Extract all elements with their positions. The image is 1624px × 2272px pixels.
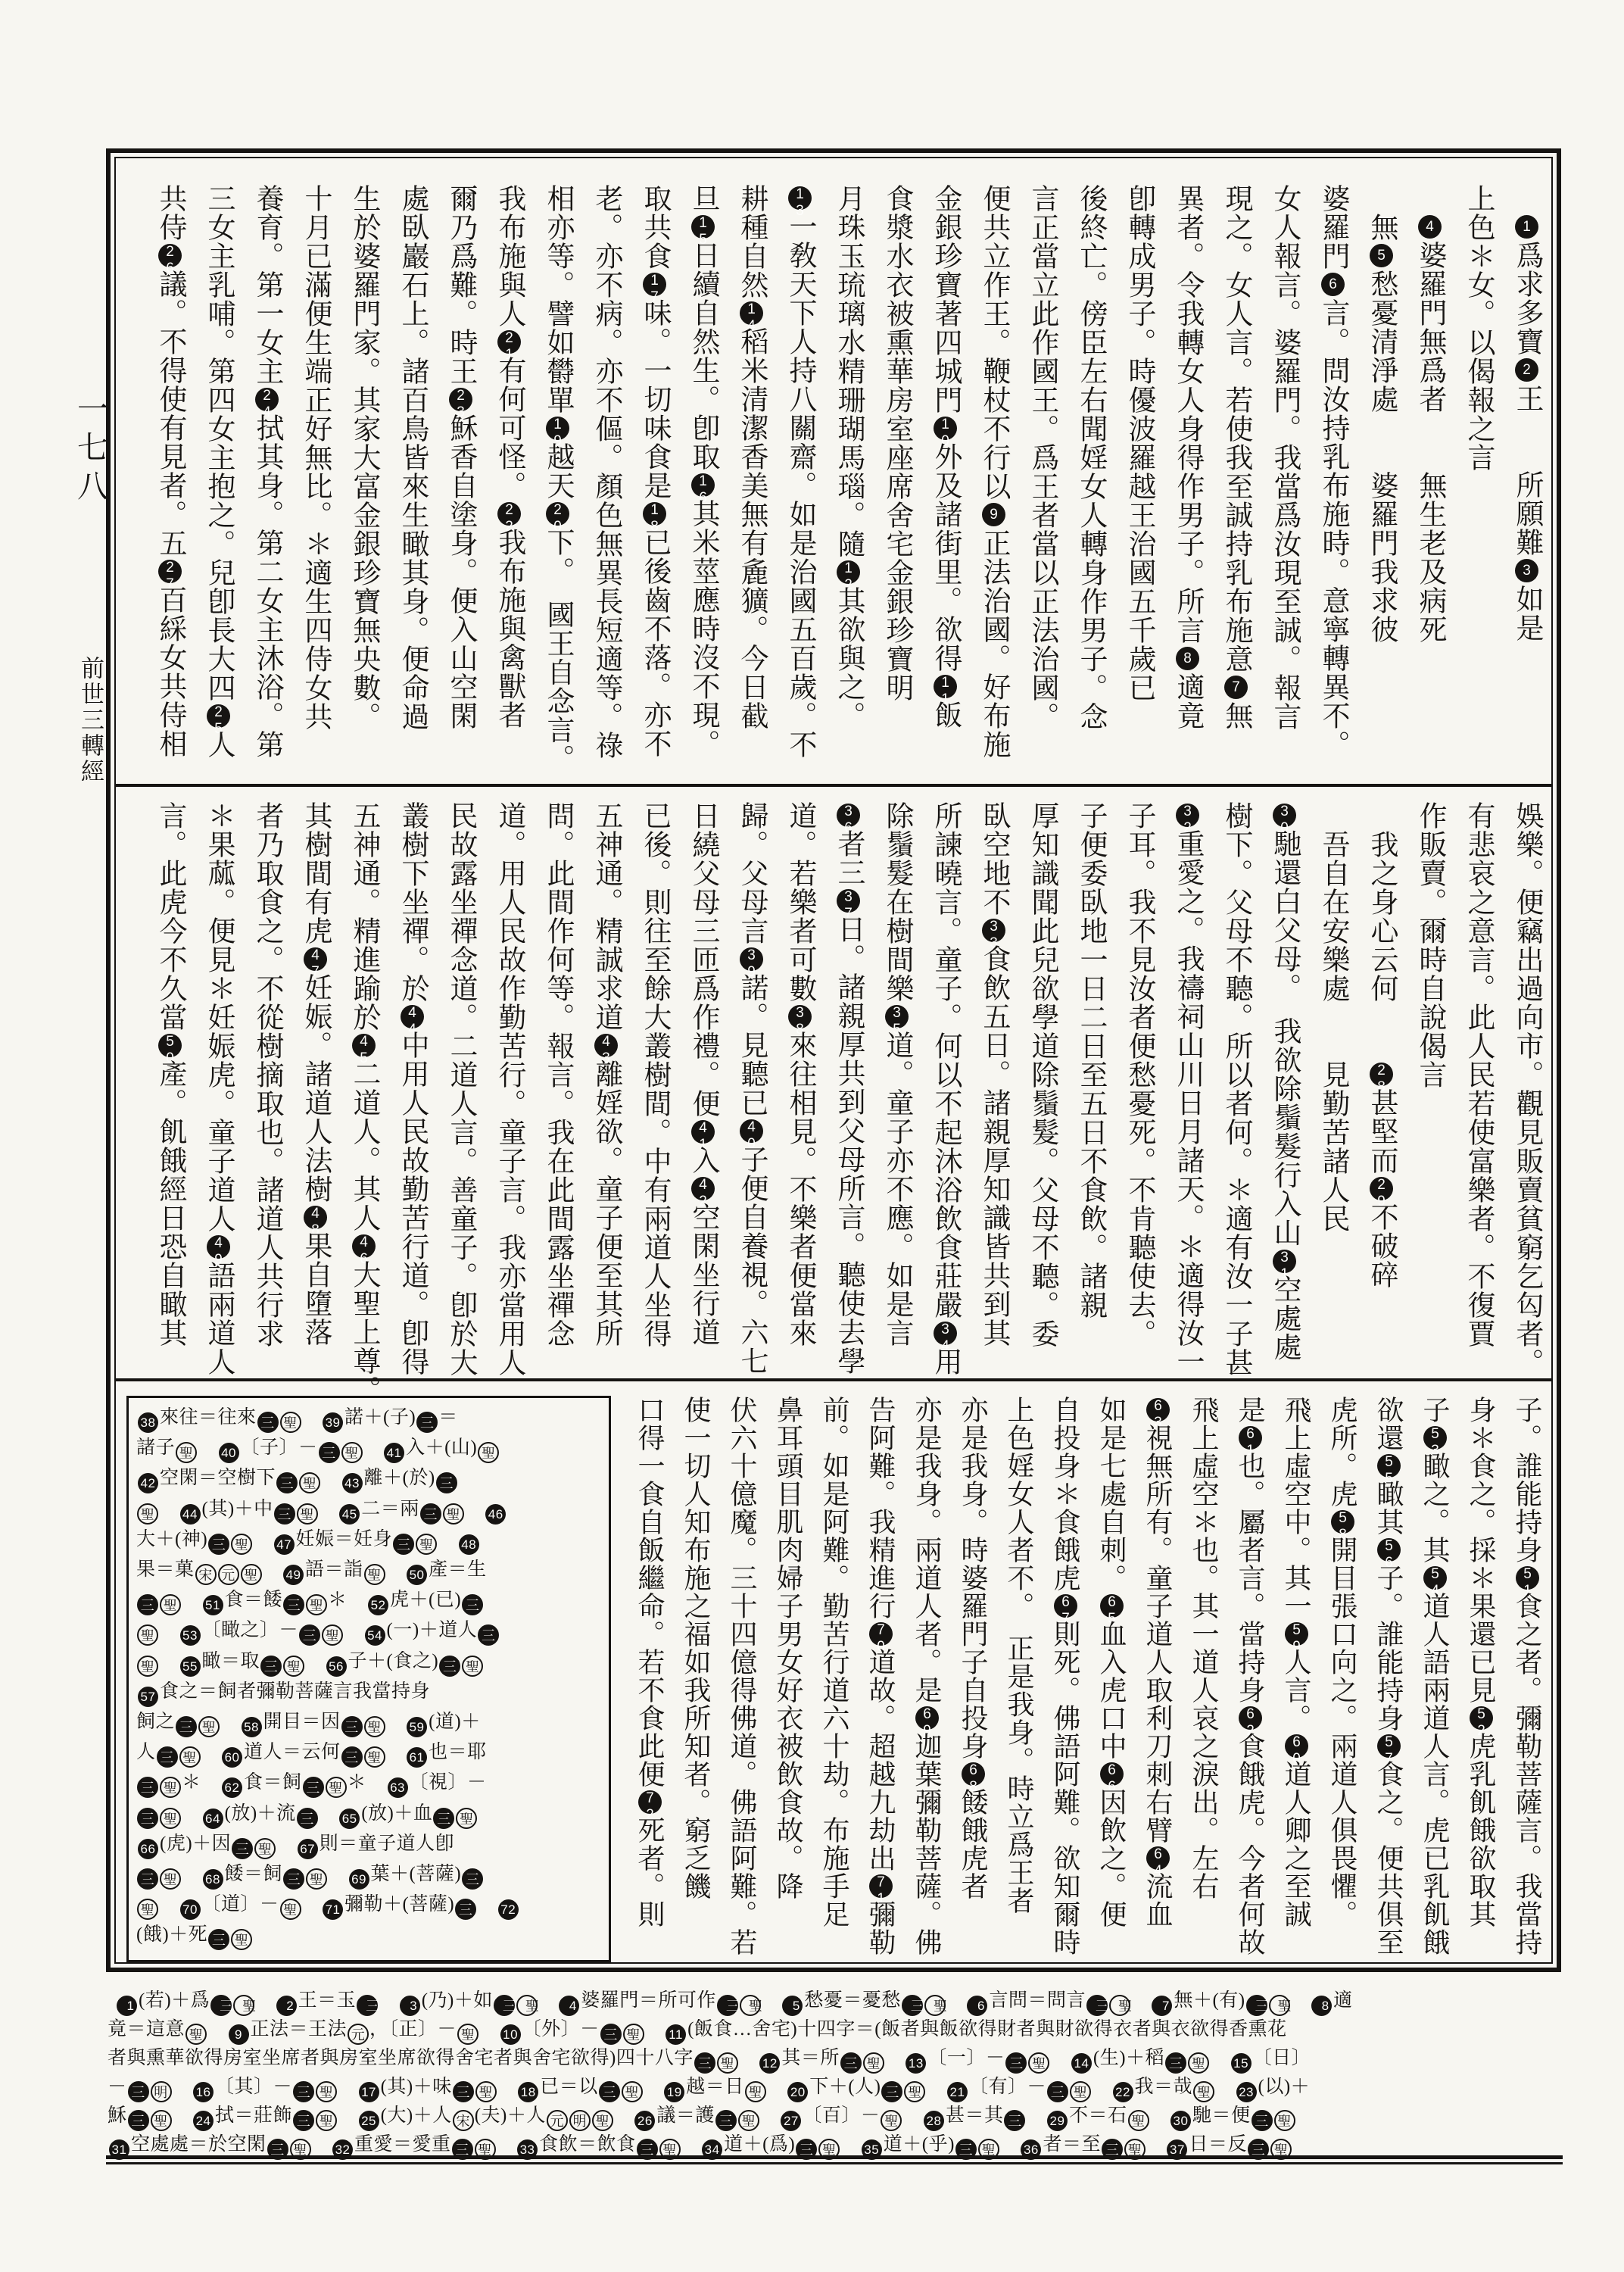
note-marker: 57 <box>1377 1734 1401 1758</box>
text-column: 者乃取食之。不從樹摘取也。諸道人共行求 <box>232 801 281 1374</box>
text-column: 言。此虎今不久當50產。飢餓經日恐自瞰其 <box>136 801 184 1374</box>
note-marker: 1 <box>117 1996 137 2016</box>
edition-mark: 三 <box>157 1746 178 1768</box>
note-marker: 58 <box>242 1717 262 1737</box>
text-column: 飛上虛空＊也。其一道人哀之淚出。左右 <box>1171 1396 1217 1962</box>
edition-mark: 聖 <box>1269 1995 1290 2016</box>
collation-note-line: 人三聖 60道人＝云何三聖 61也＝耶 <box>136 1737 601 1768</box>
edition-mark: 三 <box>283 1594 304 1615</box>
note-marker: 5 <box>782 1996 803 2016</box>
note-marker: 57 <box>138 1687 158 1707</box>
text-column: 食漿水衣被熏華房室座席舍宅金銀珍寶明 <box>862 184 911 784</box>
note-marker: 30 <box>1170 2111 1191 2131</box>
edition-mark: 聖 <box>280 1899 301 1920</box>
register-2-columns: 娛樂。便竊出過向市。觀見販賣貧窮乞匃者。有悲哀之意言。此人民若使富樂者。不復賈作… <box>126 801 1541 1374</box>
edition-mark: 聖 <box>592 2110 613 2131</box>
text-column: 口得一食自飯繼命。若不食此便72死者。則 <box>617 1396 663 1962</box>
note-marker: 42 <box>691 1177 715 1200</box>
edition-mark: 三 <box>319 1442 340 1463</box>
note-marker: 30 <box>1273 804 1296 827</box>
edition-mark: 宋 <box>195 1564 217 1585</box>
note-marker: 41 <box>384 1443 404 1463</box>
collation-note-line: 聖 53〔瞰之〕－三聖 54(一)＋道人三 <box>136 1615 601 1646</box>
note-marker: 62 <box>222 1777 242 1798</box>
note-marker: 19 <box>546 417 569 440</box>
note-marker: 38 <box>138 1412 158 1433</box>
note-marker: 45 <box>352 1034 376 1057</box>
text-column: 虎所。虎58開目張口向之。兩道人俱畏懼。 <box>1310 1396 1356 1962</box>
text-column: 後終亡。傍臣左右聞婬女人轉身作男子。念 <box>1056 184 1105 784</box>
text-column: 其樹間有虎47妊娠。諸道人法樹48果自墮落 <box>281 801 329 1374</box>
text-column: 我布施與人21有何可怪。22我布施與禽獸者 <box>475 184 523 784</box>
text-column: 樹下。父母不聽。所以者何。＊適有汝一子甚 <box>1202 801 1250 1374</box>
text-column: 五神通。精進踰於45二道人。其人46大聖上尊。 <box>329 801 378 1374</box>
footer-apparatus-line: 者與熏華欲得房室坐席者與房室坐席欲得舍宅者與舍宅欲得)四十八字三聖 12其＝所三… <box>108 2045 1563 2074</box>
note-marker: 7 <box>1224 676 1248 699</box>
edition-mark: 聖 <box>364 1716 385 1737</box>
edition-mark: 三 <box>433 1808 454 1829</box>
text-column: 30馳還白父母。 我欲除鬚髮行入山31空處處 <box>1250 801 1298 1374</box>
edition-mark: 聖 <box>176 1442 197 1463</box>
edition-mark: 三 <box>293 2081 314 2102</box>
note-marker: 25 <box>359 2111 379 2131</box>
note-marker: 72 <box>498 1899 519 1920</box>
edition-mark: 宋 <box>453 2110 474 2131</box>
collation-note-line: 38來往＝往來三聖 39諾＋(子)三＝ <box>136 1403 601 1433</box>
collation-note-line: 聖 55瞰＝取三聖 56子＋(食之)三聖 <box>136 1646 601 1677</box>
note-marker: 10 <box>500 2024 521 2045</box>
text-column: 婆羅門6言。問汝持乳布施時。意寧轉異不。 <box>1298 184 1347 784</box>
edition-mark: 聖 <box>233 1995 254 2016</box>
page-frame: 1爲求多寶2王 所願難3如是上色＊女。以偈報之言 4婆羅門無爲者 無生老及病死 … <box>106 148 1561 1972</box>
edition-mark: 聖 <box>456 1808 477 1829</box>
edition-mark: 三 <box>232 1838 253 1859</box>
edition-mark: 聖 <box>160 1777 181 1798</box>
note-marker: 10 <box>934 417 957 440</box>
note-marker: 16 <box>193 2082 214 2102</box>
text-column: 身＊食之。採＊果還已見52虎乳飢餓欲取其 <box>1448 1396 1495 1962</box>
note-marker: 9 <box>982 503 1005 526</box>
text-column: 如是七處自刺。65血入虎口中66因飲之。便 <box>1079 1396 1125 1962</box>
note-marker: 32 <box>1176 804 1199 827</box>
text-column: 耕種自然14稻米清潔香美無有麁獷。今日截 <box>717 184 765 784</box>
edition-mark: 聖 <box>283 1656 304 1677</box>
edition-mark: 聖 <box>623 2024 644 2045</box>
note-marker: 42 <box>138 1473 158 1493</box>
note-marker: 38 <box>788 1005 812 1028</box>
edition-mark: 三 <box>1005 2052 1027 2074</box>
note-marker: 1 <box>1515 215 1538 239</box>
edition-mark: 明 <box>151 2081 172 2102</box>
note-marker: 21 <box>947 2082 968 2102</box>
text-column: 我之身心云何 28甚堅而29不破碎 <box>1347 801 1395 1374</box>
edition-mark: 聖 <box>316 2110 337 2131</box>
note-marker: 17 <box>643 273 666 296</box>
note-marker: 39 <box>740 947 763 971</box>
edition-mark: 聖 <box>740 1995 761 2016</box>
text-column: 是61也。屬者言。當持身62食餓虎。今者何故 <box>1217 1396 1264 1962</box>
note-marker: 2 <box>276 1996 297 2016</box>
edition-mark: 三 <box>436 1472 457 1493</box>
text-column: 子53瞰之。其54道人語兩道人言。虎已乳飢餓 <box>1402 1396 1448 1962</box>
edition-mark: 三 <box>453 2081 474 2102</box>
edition-mark: 三 <box>128 2081 149 2102</box>
edition-mark: 三 <box>357 1995 378 2016</box>
text-column: 吾自在安樂處 見勤苦諸人民 <box>1298 801 1347 1374</box>
text-column: 亦是我身。兩道人者。是69迦葉彌勒菩薩。佛 <box>894 1396 940 1962</box>
footer-apparatus-line: 穌三聖 24拭＝莊飾三聖 25(大)＋人宋(夫)＋人元明聖 26議＝護三聖 27… <box>108 2102 1563 2131</box>
text-column: 前。如是阿難。勤苦行道六十劫。布施手足 <box>802 1396 848 1962</box>
edition-mark: 三 <box>341 1746 363 1768</box>
note-marker: 58 <box>1331 1510 1354 1534</box>
edition-mark: 三 <box>416 1412 438 1433</box>
collation-note-line: 果＝菓宋元聖 49語＝詣聖 50產＝生 <box>136 1555 601 1585</box>
note-marker: 53 <box>180 1625 201 1646</box>
text-column: 鼻耳頭目肌肉婦子男女好衣被飲食故。降 <box>756 1396 802 1962</box>
note-marker: 46 <box>485 1504 506 1525</box>
note-marker: 13 <box>788 186 812 210</box>
text-column: 欲還55瞰其56子。誰能持身57食之。便共俱至 <box>1356 1396 1402 1962</box>
note-marker: 63 <box>1146 1398 1170 1422</box>
edition-mark: 聖 <box>326 1777 347 1798</box>
note-marker: 63 <box>388 1777 408 1798</box>
text-column: 老。亦不病。亦不傴。顏色無異長短適等。祿 <box>572 184 620 784</box>
edition-mark: 三 <box>599 2081 620 2102</box>
note-marker: 66 <box>1100 1762 1124 1786</box>
note-marker: 69 <box>349 1869 369 1890</box>
edition-mark: 三 <box>420 1503 441 1525</box>
note-marker: 64 <box>1146 1846 1170 1870</box>
text-column: 女人報言。婆羅門。我當爲汝現至誠。報言 <box>1250 184 1298 784</box>
text-column: 63視無所有。童子道人取利刀刺右臂64流血 <box>1125 1396 1171 1962</box>
edition-mark: 明 <box>569 2110 591 2131</box>
collation-note-line: 三聖 68餧＝飼三聖 69葉＋(菩薩)三 <box>136 1859 601 1890</box>
text-column: 伏六十億魔。三十四億得佛道。佛語阿難。若 <box>709 1396 756 1962</box>
edition-mark: 三 <box>297 1808 318 1829</box>
note-marker: 12 <box>759 2053 780 2074</box>
text-column: 32重愛之。我禱祠山川日月諸天。＊適得汝一 <box>1153 801 1202 1374</box>
text-column: 言正當立此作國王。爲王者當以正法治國。 <box>1008 184 1056 784</box>
note-marker: 31 <box>1273 1250 1296 1273</box>
note-marker: 66 <box>138 1839 158 1859</box>
note-marker: 18 <box>518 2082 538 2102</box>
text-column: 使一切人知布施之福如我所知者。窮乏饑 <box>663 1396 709 1962</box>
text-column: 子便委臥地一日二日至五日不食飲。諸親 <box>1056 801 1105 1374</box>
note-marker: 54 <box>1423 1566 1447 1590</box>
note-marker: 21 <box>497 330 521 354</box>
note-marker: 23 <box>1236 2082 1257 2102</box>
note-marker: 3 <box>400 1996 420 2016</box>
edition-mark: 聖 <box>881 2110 902 2131</box>
edition-mark: 元 <box>547 2110 568 2131</box>
edition-mark: 聖 <box>231 1929 252 1950</box>
footer-apparatus-line: －三明 16〔其〕－三聖 17(其)＋味三聖 18已＝以三聖 19越＝日聖 20… <box>108 2074 1563 2102</box>
note-marker: 65 <box>1100 1594 1124 1618</box>
collation-note-line: 聖 44(其)＋中三聖 45二＝兩三聖 46 <box>136 1494 601 1525</box>
text-column: 1爲求多寶2王 所願難3如是 <box>1492 184 1541 784</box>
note-marker: 69 <box>915 1706 939 1730</box>
note-marker: 22 <box>497 502 521 526</box>
edition-mark: 聖 <box>738 2110 759 2131</box>
edition-mark: 聖 <box>462 1656 483 1677</box>
note-marker: 44 <box>180 1504 201 1525</box>
collation-note-line: 大＋(神)三聖 47妊娠＝妊身三聖 48 <box>136 1525 601 1555</box>
text-column: 子。誰能持身51食之者。彌勒菩薩言。我當持 <box>1495 1396 1541 1962</box>
note-marker: 17 <box>359 2082 379 2102</box>
text-column: 共侍26議。不得使有見者。五27百綵女共侍相 <box>136 184 184 784</box>
collation-note-line: 66(虎)＋因三聖 67則＝童子道人卽 <box>136 1829 601 1859</box>
edition-mark: 三 <box>176 1716 197 1737</box>
note-marker: 43 <box>342 1473 363 1493</box>
note-marker: 20 <box>787 2082 808 2102</box>
note-marker: 49 <box>283 1565 304 1585</box>
edition-mark: 三 <box>341 1716 363 1737</box>
text-column: 4婆羅門無爲者 無生老及病死 <box>1395 184 1444 784</box>
edition-mark: 聖 <box>179 1746 201 1768</box>
edition-mark: 聖 <box>478 1442 499 1463</box>
note-marker: 60 <box>1285 1734 1308 1758</box>
edition-mark: 聖 <box>1188 2052 1209 2074</box>
note-marker: 16 <box>691 473 715 497</box>
collation-note-line: (餓)＋死三聖 <box>136 1920 601 1950</box>
text-column: 養育。第一女主24拭其身。第二女主沐浴。第 <box>232 184 281 784</box>
note-marker: 40 <box>219 1443 239 1463</box>
edition-mark: 三 <box>137 1594 158 1615</box>
register-1-columns: 1爲求多寶2王 所願難3如是上色＊女。以偈報之言 4婆羅門無爲者 無生老及病死 … <box>126 184 1541 784</box>
text-column: 叢樹下坐禪。於44中用人民故勤苦行道。卽得 <box>378 801 426 1374</box>
note-marker: 20 <box>546 502 569 526</box>
edition-mark: 三 <box>715 2110 737 2131</box>
note-marker: 28 <box>1370 1063 1393 1086</box>
edition-mark: 三 <box>1165 2052 1186 2074</box>
note-marker: 47 <box>274 1534 295 1555</box>
edition-mark: 三 <box>260 1656 282 1677</box>
edition-mark: 元 <box>348 2024 369 2045</box>
note-marker: 60 <box>222 1747 242 1768</box>
text-column: 娛樂。便竊出過向市。觀見販賣貧窮乞匃者。 <box>1492 801 1541 1374</box>
note-marker: 19 <box>664 2082 684 2102</box>
text-column: 生於婆羅門家。其家大富金銀珍寶無央數。 <box>329 184 378 784</box>
edition-mark: 三 <box>128 2110 149 2131</box>
register-1: 1爲求多寶2王 所願難3如是上色＊女。以偈報之言 4婆羅門無爲者 無生老及病死 … <box>126 184 1541 784</box>
note-marker: 59 <box>407 1717 427 1737</box>
edition-mark: 聖 <box>185 2024 207 2045</box>
note-marker: 55 <box>1377 1454 1401 1478</box>
edition-mark: 聖 <box>306 1594 327 1615</box>
note-marker: 34 <box>934 1322 957 1345</box>
edition-mark: 三 <box>299 1624 320 1646</box>
note-marker: 27 <box>158 560 182 583</box>
text-column: 道。若樂者可數38來往相見。不樂者便當來 <box>765 801 814 1374</box>
register-divider-1 <box>116 784 1551 787</box>
note-marker: 6 <box>1321 273 1345 296</box>
text-column: 亦是我身。時婆羅門子自投身68餧餓虎者 <box>940 1396 987 1962</box>
note-marker: 52 <box>368 1595 388 1615</box>
note-marker: 12 <box>837 560 860 584</box>
edition-mark: 三 <box>1246 1995 1267 2016</box>
edition-mark: 三 <box>1086 1995 1108 2016</box>
edition-mark: 聖 <box>1070 2081 1091 2102</box>
note-marker: 33 <box>982 919 1005 942</box>
edition-mark: 聖 <box>306 1868 327 1890</box>
edition-mark: 三 <box>717 1995 738 2016</box>
edition-mark: 三 <box>439 1656 460 1677</box>
edition-mark: 三 <box>137 1868 158 1890</box>
edition-mark: 三 <box>208 1534 229 1555</box>
edition-mark: 聖 <box>241 1564 262 1585</box>
note-marker: 70 <box>180 1899 201 1920</box>
edition-mark: 三 <box>283 1868 304 1890</box>
text-column: 五神通。精誠求道43離婬欲。童子便至其所 <box>572 801 620 1374</box>
edition-mark: 聖 <box>1028 2052 1049 2074</box>
text-column: 除鬚髮在樹間樂35道。童子亦不應。如是言 <box>862 801 911 1374</box>
edition-mark: 聖 <box>1274 2110 1295 2131</box>
edition-mark: 聖 <box>745 2081 766 2102</box>
note-marker: 8 <box>1311 1996 1332 2016</box>
note-marker: 4 <box>1418 215 1442 239</box>
text-column: 便共立作王。鞭杖不行以9正法治國。好布施 <box>959 184 1008 784</box>
note-marker: 13 <box>906 2053 926 2074</box>
note-marker: 52 <box>1470 1706 1493 1730</box>
edition-mark: 三 <box>276 1472 298 1493</box>
edition-mark: 聖 <box>1128 2110 1149 2131</box>
page-frame-inner: 1爲求多寶2王 所願難3如是上色＊女。以偈報之言 4婆羅門無爲者 無生老及病死 … <box>114 157 1553 1964</box>
text-column: 自投身＊食餓虎67則死。佛語阿難。欲知爾時 <box>1033 1396 1079 1962</box>
edition-mark: 三 <box>455 1899 476 1920</box>
edition-mark: 聖 <box>254 1838 276 1859</box>
text-column: 作販賣。爾時自說偈言 <box>1395 801 1444 1374</box>
collation-note-box: 38來往＝往來三聖 39諾＋(子)三＝諸子聖 40〔子〕－三聖 41入＋(山)聖… <box>126 1396 611 1962</box>
edition-mark: 三 <box>208 1929 229 1950</box>
note-marker: 5 <box>1370 244 1393 267</box>
edition-mark: 聖 <box>443 1503 464 1525</box>
edition-mark: 聖 <box>160 1868 181 1890</box>
edition-mark: 三 <box>840 2052 862 2074</box>
text-column: 已後。則往至餘大叢樹間。中有兩道人坐得 <box>620 801 669 1374</box>
text-column: 道。用人民故作勤苦行。童子言。我亦當用人 <box>475 801 523 1374</box>
edition-mark: 三 <box>303 1777 324 1798</box>
note-marker: 43 <box>594 1034 618 1057</box>
note-marker: 3 <box>1515 559 1538 582</box>
note-marker: 70 <box>869 1622 893 1646</box>
note-marker: 11 <box>665 2024 686 2045</box>
note-marker: 67 <box>298 1839 318 1859</box>
text-column: 旦15日續自然生。卽取16其米莖應時沒不現。 <box>669 184 717 784</box>
collation-note-line: 飼之三聖 58開目＝因三聖 59(道)＋ <box>136 1707 601 1737</box>
edition-mark: 三 <box>393 1534 414 1555</box>
bottom-double-rule <box>106 2155 1563 2164</box>
note-marker: 49 <box>207 1235 230 1259</box>
text-column: 問。此間作何等。報言。我在此間露坐禪念 <box>523 801 572 1374</box>
note-marker: 25 <box>207 704 230 728</box>
text-column: 告阿難。我精進行70道故。超越九劫出71彌勒 <box>848 1396 894 1962</box>
note-marker: 24 <box>193 2111 214 2131</box>
edition-mark: 聖 <box>341 1442 363 1463</box>
note-marker: 41 <box>691 1120 715 1144</box>
note-marker: 27 <box>781 2111 801 2131</box>
collation-note-line: 三聖 51食＝餧三聖＊ 52虎＋(已)三 <box>136 1585 601 1615</box>
register-2: 娛樂。便竊出過向市。觀見販賣貧窮乞匃者。有悲哀之意言。此人民若使富樂者。不復賈作… <box>126 801 1541 1374</box>
text-column: 13一敎天下人持八關齋。如是治國五百歲。不 <box>765 184 814 784</box>
text-column: 取共食17味。一切味食是18已後齒不落。亦不 <box>620 184 669 784</box>
collation-note-line: 57食之＝飼者彌勒菩薩言我當持身 <box>136 1677 601 1707</box>
note-marker: 15 <box>691 215 715 239</box>
edition-mark: 聖 <box>364 1746 385 1768</box>
collation-note-line: 聖 70〔道〕－聖 71彌勒＋(菩薩)三 72 <box>136 1890 601 1920</box>
note-marker: 65 <box>339 1809 360 1829</box>
footer-apparatus-line: 竟＝這意聖 9正法＝王法元，〔正〕－聖 10〔外〕－三聖 11(飯食…舍宅)十四… <box>108 2016 1563 2045</box>
note-marker: 23 <box>449 388 472 411</box>
text-column: 36者三37日。諸親厚共到父母所言。聽使去學 <box>814 801 862 1374</box>
note-marker: 18 <box>643 502 666 526</box>
footer-apparatus: 1(若)＋爲三聖 2王＝玉三 3(乃)＋如三聖 4婆羅門＝所可作三聖 5愁憂＝憂… <box>108 1987 1563 2160</box>
text-column: 歸。父母言39諾。見聽已40子便自養視。六七 <box>717 801 765 1374</box>
edition-mark: 聖 <box>457 2024 478 2045</box>
text-column: 相亦等。譬如欎單19越天20下。 國王自念言。 <box>523 184 572 784</box>
note-marker: 45 <box>339 1504 360 1525</box>
edition-mark: 聖 <box>299 1472 320 1493</box>
note-marker: 40 <box>740 1119 763 1143</box>
note-marker: 68 <box>962 1762 985 1786</box>
note-marker: 62 <box>1239 1706 1262 1730</box>
note-marker: 8 <box>1176 647 1199 670</box>
text-column: 爾乃爲難。時王23穌香自塗身。便入山空閑 <box>426 184 475 784</box>
edition-mark: 聖 <box>137 1899 158 1920</box>
edition-mark: 聖 <box>297 1503 318 1525</box>
text-column: 上色婬女人者不。 正是我身。時立爲王者 <box>987 1396 1033 1962</box>
note-marker: 7 <box>1152 1996 1172 2016</box>
edition-mark: 三 <box>478 1624 499 1646</box>
collation-note-line: 42空閑＝空樹下三聖 43離＋(於)三 <box>136 1463 601 1493</box>
edition-mark: 聖 <box>1193 2081 1214 2102</box>
edition-mark: 聖 <box>137 1503 158 1525</box>
note-marker: 54 <box>365 1625 385 1646</box>
edition-mark: 三 <box>293 2110 314 2131</box>
edition-mark: 聖 <box>364 1564 385 1585</box>
note-marker: 35 <box>885 1005 909 1028</box>
edition-mark: 聖 <box>1109 1995 1130 2016</box>
edition-mark: 聖 <box>863 2052 884 2074</box>
text-column: 三女主乳哺。第四女主抱之。兒卽長大四25人 <box>184 184 232 784</box>
note-marker: 29 <box>1047 2111 1068 2131</box>
note-marker: 48 <box>304 1206 327 1229</box>
text-column: 金銀珍寶著四城門10外及諸街里。欲得11飯 <box>911 184 959 784</box>
note-marker: 71 <box>323 1899 343 1920</box>
text-column: 所諫曉言。童子。何以不起沐浴飲食莊嚴34用 <box>911 801 959 1374</box>
edition-mark: 聖 <box>137 1656 158 1677</box>
note-marker: 26 <box>158 244 182 267</box>
edition-mark: 三 <box>462 1868 483 1890</box>
note-marker: 48 <box>459 1534 479 1555</box>
note-marker: 6 <box>967 1996 987 2016</box>
register-3-columns: 子。誰能持身51食之者。彌勒菩薩言。我當持身＊食之。採＊果還已見52虎乳飢餓欲取… <box>617 1396 1541 1962</box>
note-marker: 56 <box>1377 1538 1401 1562</box>
edition-mark: 聖 <box>137 1624 158 1646</box>
note-marker: 24 <box>255 388 279 411</box>
note-marker: 28 <box>924 2111 944 2131</box>
text-column: 子耳。我不見汝者便愁憂死。不肯聽使去。 <box>1105 801 1153 1374</box>
text-column: 日繞父母三匝爲作禮。便41入42空閑坐行道 <box>669 801 717 1374</box>
edition-mark: 三 <box>902 1995 923 2016</box>
collation-note-line: 諸子聖 40〔子〕－三聖 41入＋(山)聖 <box>136 1433 601 1463</box>
note-marker: 2 <box>1515 358 1538 382</box>
edition-mark: 聖 <box>231 1534 252 1555</box>
text-column: 現之。女人言。若使我至誠持乳布施意7無 <box>1202 184 1250 784</box>
note-marker: 59 <box>1285 1622 1308 1646</box>
note-marker: 37 <box>837 889 860 913</box>
edition-mark: 三 <box>462 1594 483 1615</box>
note-marker: 67 <box>1054 1594 1077 1618</box>
